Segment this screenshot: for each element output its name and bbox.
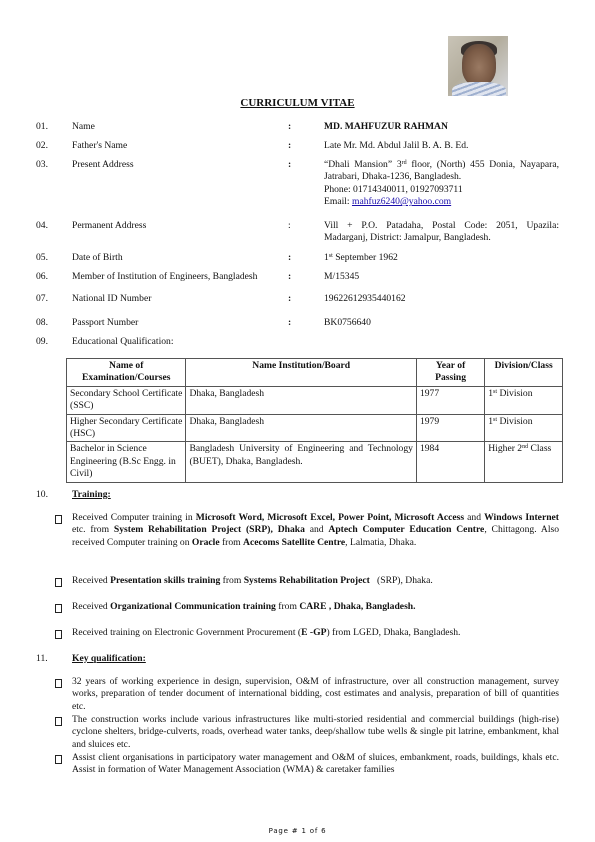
field-label-fathers-name: Father's Name (72, 140, 127, 152)
bullet-icon (55, 717, 62, 726)
body-text: Received Computer training in (72, 512, 196, 523)
field-label-permanent-address: Permanent Address (72, 220, 146, 232)
body-text: from (220, 575, 243, 586)
item-number: 11. (36, 653, 48, 665)
table-row: Higher Secondary Certificate (HSC) Dhaka… (67, 414, 563, 442)
body-text: etc. from (72, 524, 114, 535)
emphasis-text: CARE , Dhaka, Bangladesh. (299, 601, 415, 612)
item-number: 09. (36, 336, 48, 348)
training-item: Received Computer training in Microsoft … (72, 512, 559, 549)
portrait-photo (448, 36, 508, 96)
field-label-date-of-birth: Date of Birth (72, 252, 123, 264)
cell-division: 1st Division (485, 414, 563, 442)
address-part: “Dhali Mansion” 3 (324, 159, 402, 170)
photo-face (462, 44, 496, 86)
field-value-ieb-membership: M/15345 (324, 271, 559, 283)
emphasis-text: Aptech Computer Education Centre (328, 524, 484, 535)
emphasis-text: Acecoms Satellite Centre (243, 537, 345, 548)
field-value-date-of-birth: 1st September 1962 (324, 252, 559, 264)
cell-exam: Bachelor in Science Engineering (B.Sc En… (67, 442, 186, 482)
body-text: and (464, 512, 484, 523)
cell-exam: Higher Secondary Certificate (HSC) (67, 414, 186, 442)
col-header-year: Year of Passing (416, 359, 484, 387)
cell-exam: Secondary School Certificate (SSC) (67, 386, 186, 414)
email-link[interactable]: mahfuz6240@yahoo.com (352, 196, 451, 207)
bullet-icon (55, 679, 62, 688)
body-text: from (220, 537, 243, 548)
qualification-item: The construction works include various i… (72, 714, 559, 751)
field-label-ieb-membership: Member of Institution of Engineers, Bang… (72, 271, 257, 283)
cell-institution: Bangladesh University of Engineering and… (186, 442, 417, 482)
emphasis-text: Organizational Communication training (110, 601, 276, 612)
item-number: 10. (36, 489, 48, 501)
body-text: and (305, 524, 329, 535)
body-text: Received (72, 575, 110, 586)
cell-division: Higher 2nd Class (485, 442, 563, 482)
colon: : (288, 293, 291, 305)
col-header-institution: Name Institution/Board (186, 359, 417, 387)
table-row: Bachelor in Science Engineering (B.Sc En… (67, 442, 563, 482)
email-label: Email: (324, 196, 352, 207)
cell-year: 1979 (416, 414, 484, 442)
field-label-present-address: Present Address (72, 159, 134, 171)
field-label-national-id: National ID Number (72, 293, 151, 305)
division-part: Division (497, 416, 532, 427)
training-item: Received Organizational Communication tr… (72, 601, 559, 613)
dob-rest: September 1962 (333, 252, 398, 263)
colon: : (288, 317, 291, 329)
section-heading-training: Training: (72, 489, 111, 501)
field-value-name: MD. MAHFUZUR RAHMAN (324, 121, 559, 133)
cell-institution: Dhaka, Bangladesh (186, 386, 417, 414)
page-number: Page # 1 of 6 (0, 825, 595, 837)
division-part: Division (497, 388, 532, 399)
item-number: 08. (36, 317, 48, 329)
bullet-icon (55, 755, 62, 764)
emphasis-text: E -GP (301, 627, 326, 638)
qualification-item: Assist client organisations in participa… (72, 752, 559, 777)
body-text: from (276, 601, 299, 612)
col-header-division: Division/Class (485, 359, 563, 387)
emphasis-text: Oracle (192, 537, 220, 548)
colon: : (288, 252, 291, 264)
cell-year: 1977 (416, 386, 484, 414)
item-number: 06. (36, 271, 48, 283)
division-part: Higher 2 (488, 443, 522, 454)
body-text: Received (72, 601, 110, 612)
colon: : (288, 159, 291, 171)
item-number: 01. (36, 121, 48, 133)
field-value-fathers-name: Late Mr. Md. Abdul Jalil B. A. B. Ed. (324, 140, 559, 152)
section-heading-key-qualification: Key qualification: (72, 653, 146, 665)
colon: : (288, 140, 291, 152)
document-title: CURRICULUM VITAE (0, 97, 595, 109)
division-part: Class (528, 443, 551, 454)
field-value-permanent-address: Vill + P.O. Patadaha, Postal Code: 2051,… (324, 220, 559, 245)
body-text: , Lalmatia, Dhaka. (345, 537, 416, 548)
education-table: Name of Examination/Courses Name Institu… (66, 358, 563, 483)
training-item: Received Presentation skills training fr… (72, 575, 559, 587)
bullet-icon (55, 578, 62, 587)
bullet-icon (55, 604, 62, 613)
emphasis-text: Microsoft Word, Microsoft Excel, Power P… (196, 512, 464, 523)
cell-year: 1984 (416, 442, 484, 482)
item-number: 03. (36, 159, 48, 171)
present-address-text: “Dhali Mansion” 3rd floor, (North) 455 D… (324, 159, 559, 184)
field-value-present-address: “Dhali Mansion” 3rd floor, (North) 455 D… (324, 159, 559, 209)
emphasis-text: Presentation skills training (110, 575, 220, 586)
item-number: 05. (36, 252, 48, 264)
cell-institution: Dhaka, Bangladesh (186, 414, 417, 442)
email-line: Email: mahfuz6240@yahoo.com (324, 196, 559, 208)
emphasis-text: Systems Rehabilitation Project (244, 575, 370, 586)
emphasis-text: Windows Internet (484, 512, 559, 523)
table-row: Secondary School Certificate (SSC) Dhaka… (67, 386, 563, 414)
item-number: 07. (36, 293, 48, 305)
photo-shirt (452, 82, 506, 96)
item-number: 02. (36, 140, 48, 152)
emphasis-text: System Rehabilitation Project (SRP), Dha… (114, 524, 305, 535)
col-header-exam: Name of Examination/Courses (67, 359, 186, 387)
table-header-row: Name of Examination/Courses Name Institu… (67, 359, 563, 387)
body-text: Received training on Electronic Governme… (72, 627, 301, 638)
body-text: (SRP), Dhaka. (370, 575, 433, 586)
field-label-education: Educational Qualification: (72, 336, 174, 348)
item-number: 04. (36, 220, 48, 232)
field-label-passport: Passport Number (72, 317, 138, 329)
bullet-icon (55, 515, 62, 524)
colon: : (288, 220, 291, 232)
training-item: Received training on Electronic Governme… (72, 627, 559, 639)
phone-text: Phone: 01714340011, 01927093711 (324, 184, 559, 196)
colon: : (288, 121, 291, 133)
bullet-icon (55, 630, 62, 639)
qualification-item: 32 years of working experience in design… (72, 676, 559, 713)
field-value-passport: BK0756640 (324, 317, 559, 329)
field-label-name: Name (72, 121, 95, 133)
colon: : (288, 271, 291, 283)
body-text: ) from LGED, Dhaka, Bangladesh. (326, 627, 460, 638)
cell-division: 1st Division (485, 386, 563, 414)
field-value-national-id: 19622612935440162 (324, 293, 559, 305)
